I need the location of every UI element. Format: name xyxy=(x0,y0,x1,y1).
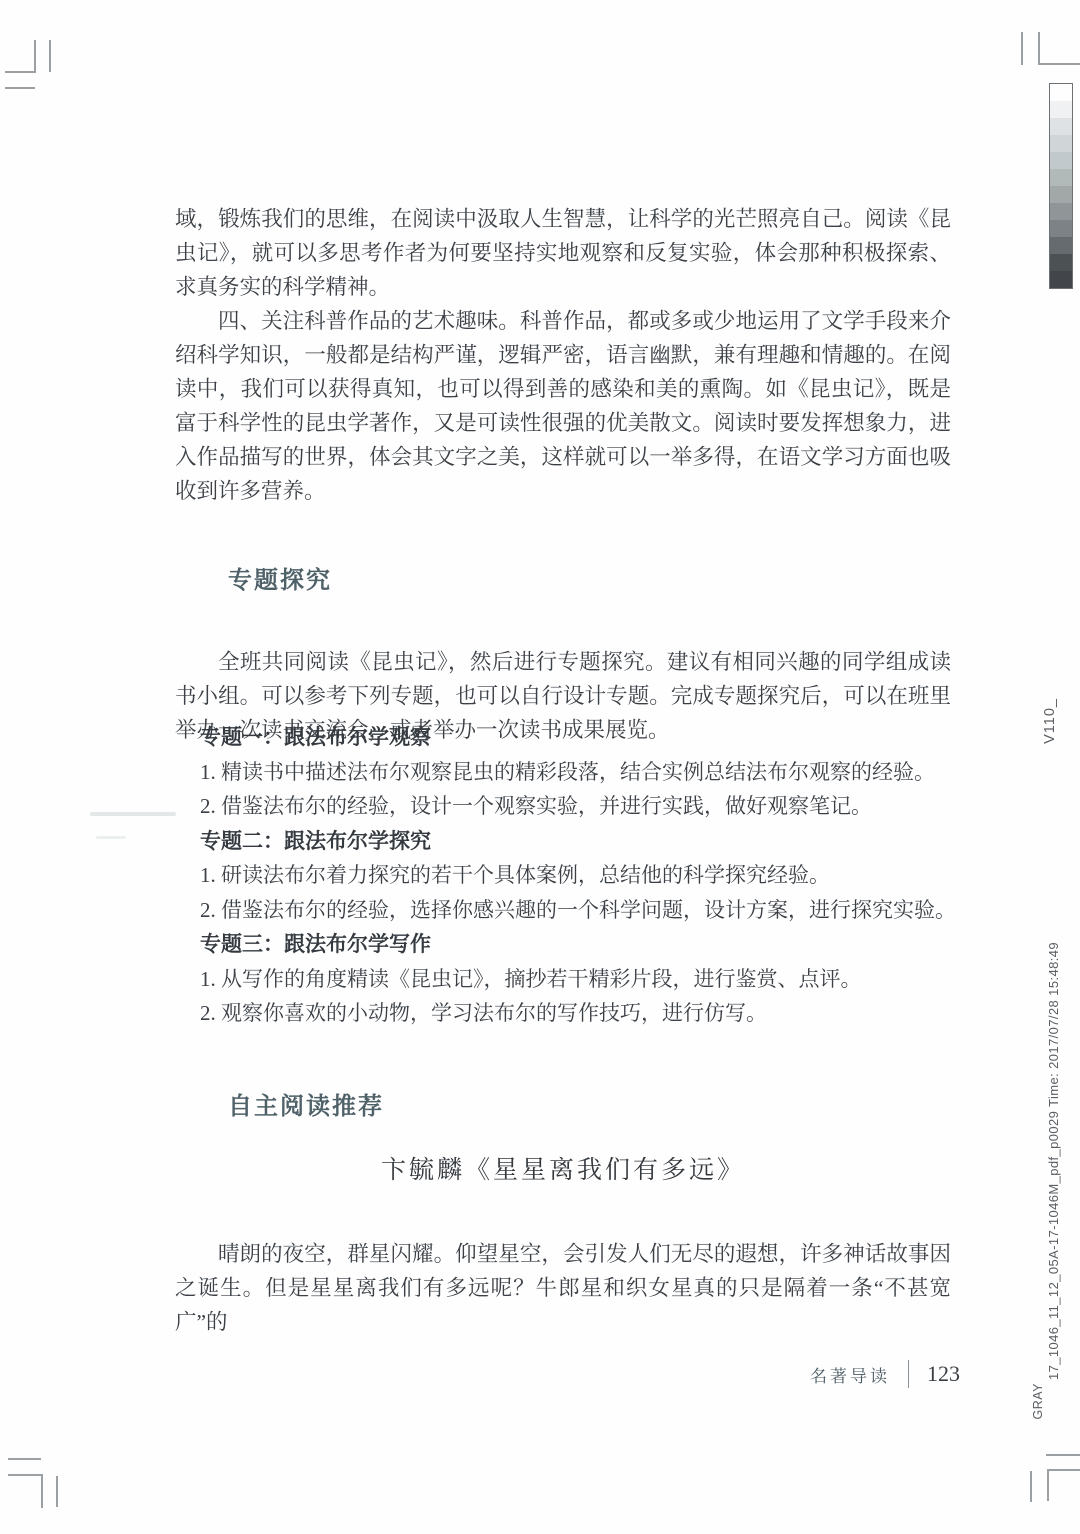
crop-mark-bottom-right-corner-vertical xyxy=(1047,1469,1049,1501)
press-code-gray-label: GRAY xyxy=(1031,1383,1045,1420)
footer-divider xyxy=(908,1360,909,1388)
crop-mark-bottom-right-vertical xyxy=(1030,1471,1032,1502)
crop-mark-bottom-left-horizontal xyxy=(8,1458,41,1460)
crop-mark-bottom-left-vertical xyxy=(56,1476,58,1507)
crop-mark-top-right-corner-vertical xyxy=(1038,32,1040,65)
grayscale-step xyxy=(1050,118,1072,135)
grayscale-step xyxy=(1050,169,1072,186)
paragraph-intro-continuation: 域，锻炼我们的思维，在阅读中汲取人生智慧，让科学的光芒照亮自己。阅读《昆虫记》，… xyxy=(175,202,951,304)
crop-mark-bottom-left-corner-vertical xyxy=(41,1474,43,1508)
grayscale-step xyxy=(1050,203,1072,220)
topic-2-item-1: 1. 研读法布尔着力探究的若干个具体案例，总结他的科学探究经验。 xyxy=(200,858,960,893)
grayscale-step xyxy=(1050,135,1072,152)
crop-mark-bottom-right-corner-horizontal xyxy=(1047,1469,1080,1471)
crop-mark-top-left-horizontal-2 xyxy=(5,87,35,89)
topic-3-title: 专题三：跟法布尔学写作 xyxy=(200,927,960,962)
grayscale-step xyxy=(1050,186,1072,203)
crop-mark-top-left-vertical xyxy=(34,40,36,73)
paragraph-point-four: 四、关注科普作品的艺术趣味。科普作品，都或多或少地运用了文学手段来介绍科学知识，… xyxy=(175,304,951,508)
footer-page-number: 123 xyxy=(927,1361,960,1387)
grayscale-step xyxy=(1050,101,1072,118)
grayscale-step xyxy=(1050,84,1072,101)
section-heading-topic-exploration: 专题探究 xyxy=(228,560,332,595)
topic-1-title: 专题一：跟法布尔学观察 xyxy=(200,720,960,755)
topic-3-item-2: 2. 观察你喜欢的小动物，学习法布尔的写作技巧，进行仿写。 xyxy=(200,996,960,1031)
grayscale-calibration-bar xyxy=(1049,83,1073,289)
scan-smudge xyxy=(90,812,176,816)
grayscale-step xyxy=(1050,220,1072,237)
grayscale-step xyxy=(1050,271,1072,288)
press-code-version: V110_ xyxy=(1042,698,1058,744)
press-code-file-timestamp: 17_1046_11_12_05A-17-1046M_pdf_p0029 Tim… xyxy=(1046,942,1061,1380)
scan-smudge-small xyxy=(96,836,126,839)
page-footer: 名著导读 123 xyxy=(810,1360,960,1388)
crop-mark-bottom-right-horizontal xyxy=(1046,1454,1080,1456)
scanned-textbook-page: 域，锻炼我们的思维，在阅读中汲取人生智慧，让科学的光芒照亮自己。阅读《昆虫记》，… xyxy=(0,0,1080,1534)
crop-mark-bottom-left-corner-horizontal xyxy=(8,1474,43,1476)
crop-mark-top-right-vertical xyxy=(1021,32,1023,65)
topic-2-title: 专题二：跟法布尔学探究 xyxy=(200,824,960,859)
topic-3-item-1: 1. 从写作的角度精读《昆虫记》，摘抄若干精彩片段，进行鉴赏、点评。 xyxy=(200,962,960,997)
recommended-book-title: 卞毓麟《星星离我们有多远》 xyxy=(175,1150,951,1186)
topics-list: 专题一：跟法布尔学观察 1. 精读书中描述法布尔观察昆虫的精彩段落，结合实例总结… xyxy=(200,720,960,1031)
topic-1-item-2: 2. 借鉴法布尔的经验，设计一个观察实验，并进行实践，做好观察笔记。 xyxy=(200,789,960,824)
crop-mark-top-right-corner-horizontal xyxy=(1038,63,1080,65)
crop-mark-top-left-vertical-2 xyxy=(49,40,51,72)
topic-1-item-1: 1. 精读书中描述法布尔观察昆虫的精彩段落，结合实例总结法布尔观察的经验。 xyxy=(200,755,960,790)
grayscale-step xyxy=(1050,254,1072,271)
crop-mark-top-left-horizontal xyxy=(5,71,36,73)
grayscale-step xyxy=(1050,237,1072,254)
section-heading-reading-recommendation: 自主阅读推荐 xyxy=(228,1086,384,1121)
topic-2-item-2: 2. 借鉴法布尔的经验，选择你感兴趣的一个科学问题，设计方案，进行探究实验。 xyxy=(200,893,960,928)
footer-section-label: 名著导读 xyxy=(810,1362,890,1387)
grayscale-step xyxy=(1050,152,1072,169)
paragraph-book-excerpt: 晴朗的夜空，群星闪耀。仰望星空，会引发人们无尽的遐想，许多神话故事因之诞生。但是… xyxy=(175,1237,951,1339)
